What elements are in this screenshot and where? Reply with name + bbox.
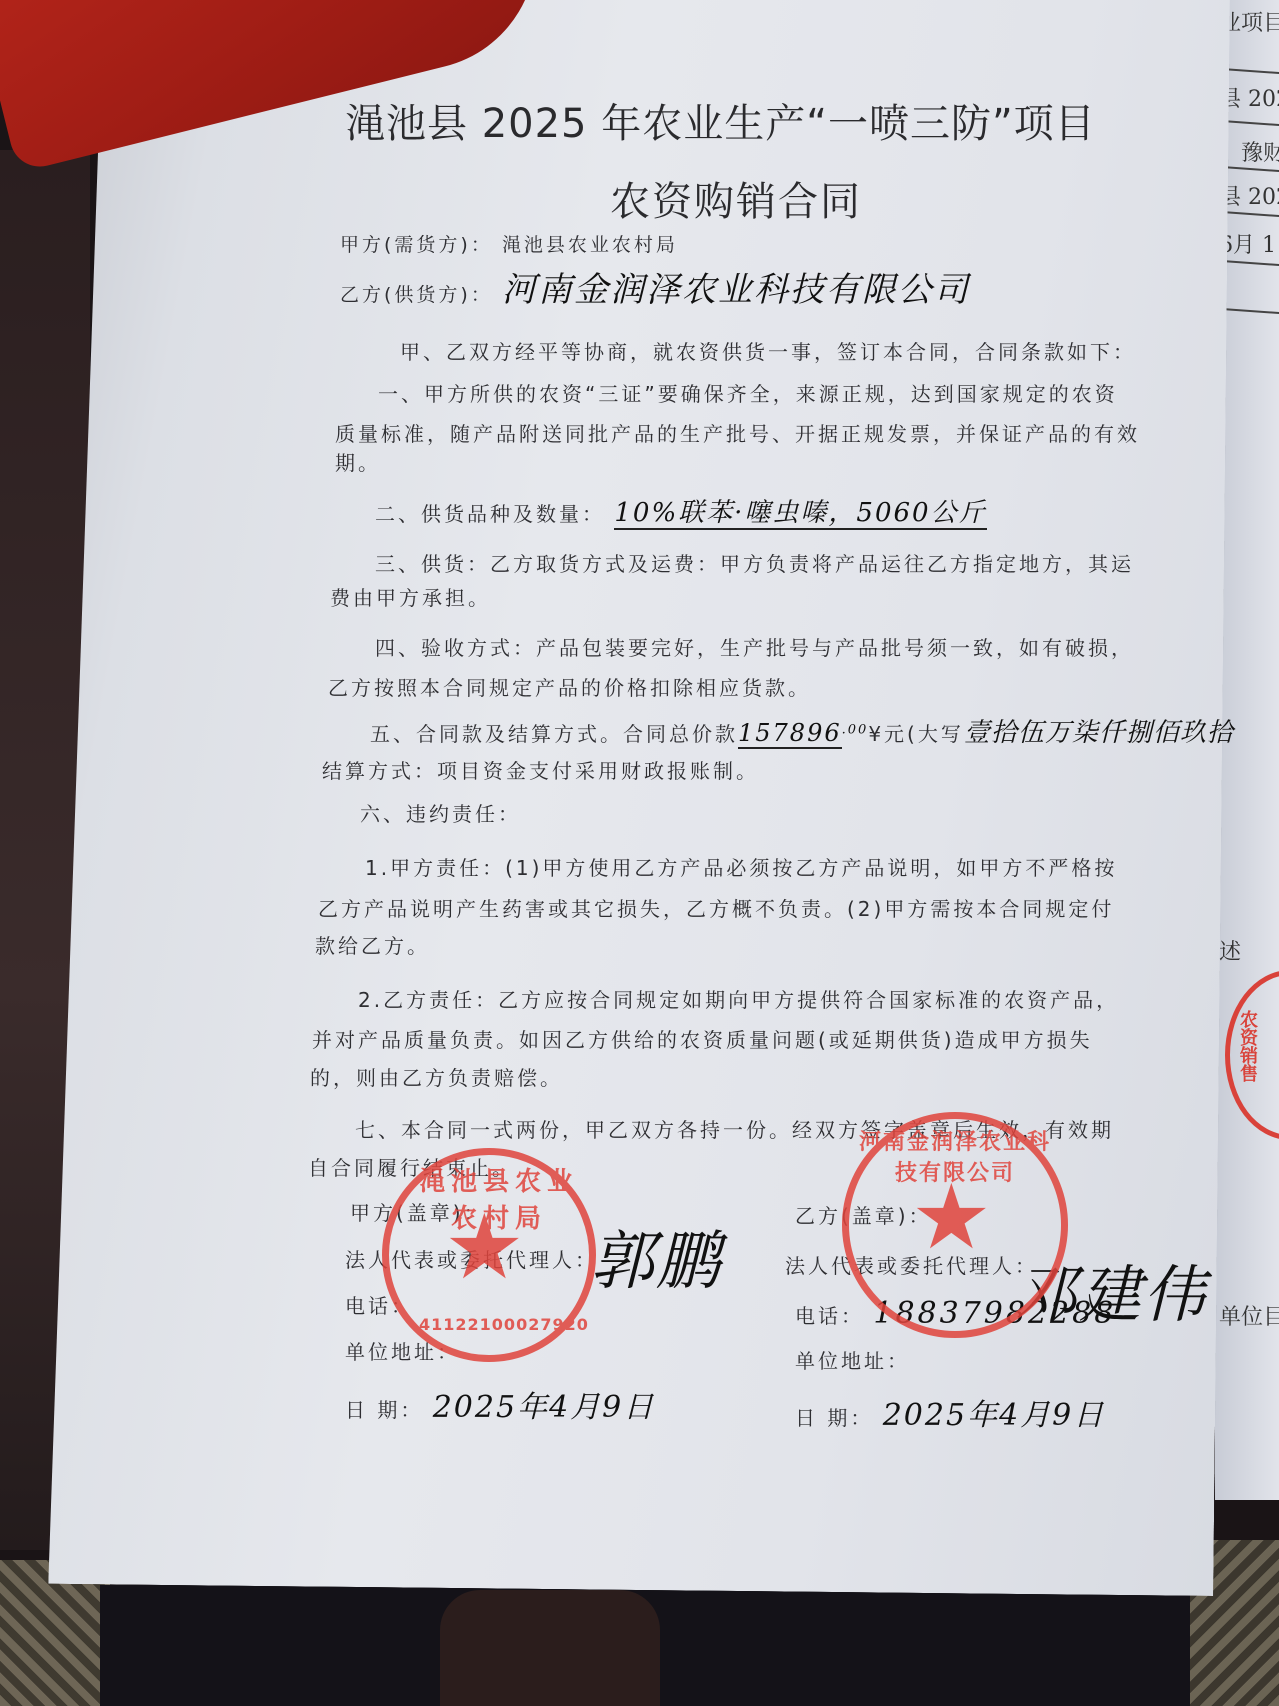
clause-4-line-2: 乙方按照本合同规定产品的价格扣除相应货款。 — [328, 672, 811, 701]
background-stamp-text: 农资销售 — [1234, 1010, 1260, 1082]
party-b-address-label: 单位地址： — [795, 1345, 910, 1374]
clause-2-handwritten: 10%联苯·噻虫嗪，5060公斤 — [614, 498, 986, 530]
clause-6-2-line-3: 的，则由乙方负责赔偿。 — [310, 1062, 563, 1091]
background-paper-text: 6月 1 — [1219, 228, 1276, 259]
clause-4-line-1: 四、验收方式：产品包装要完好，生产批号与产品批号须一致，如有破损， — [375, 632, 1134, 661]
clause-6-1-line-2: 乙方产品说明产生药害或其它损失，乙方概不负责。(2)甲方需按本合同规定付 — [318, 893, 1114, 922]
party-a-signature: 郭鹏 — [590, 1210, 722, 1302]
party-b-date-label: 日 期： — [795, 1406, 873, 1430]
party-a-name: 渑池县农业农村局 — [502, 234, 678, 256]
contract-amount: 157896 — [738, 719, 842, 749]
clause-1-line-2: 质量标准，随产品附送同批产品的生产批号、开据正规发票，并保证产品的有效 — [335, 418, 1140, 447]
contract-amount-cents: .00 — [842, 722, 869, 737]
party-b-stamp-text: 河南金润泽农业科技有限公司 — [857, 1125, 1053, 1187]
contract-subtitle: 农资购销合同 — [610, 170, 862, 227]
party-b-phone-label: 电话： — [795, 1304, 864, 1328]
party-b-name-handwritten: 河南金润泽农业科技有限公司 — [502, 270, 970, 310]
party-b-date: 2025年4月9日 — [883, 1398, 1106, 1433]
clause-1-line-1: 一、甲方所供的农资“三证”要确保齐全，来源正规，达到国家规定的农资 — [378, 378, 1118, 407]
clause-6-1-line-1: 1.甲方责任：(1)甲方使用乙方产品必须按乙方产品说明，如甲方不严格按 — [365, 852, 1117, 881]
background-paper-text: 县 202 — [1219, 180, 1279, 211]
background-paper-text: 豫财 — [1241, 136, 1279, 167]
party-a-date-label: 日 期： — [345, 1398, 423, 1422]
party-a-stamp: ★ 渑池县农业农村局 41122100027920 — [382, 1148, 596, 1362]
party-a-stamp-text: 渑池县农业农村局 — [414, 1161, 584, 1235]
clause-3-line-2: 费由甲方承担。 — [330, 582, 491, 611]
party-b-label: 乙方(供货方)： — [340, 284, 493, 306]
background-paper-text: 单位目 — [1219, 1300, 1279, 1331]
clause-5-label: 五、合同款及结算方式。合同总价款 — [370, 722, 738, 746]
party-a-label: 甲方(需货方)： — [340, 234, 493, 256]
clause-6-2-line-1: 2.乙方责任：乙方应按合同规定如期向甲方提供符合国家标准的农资产品， — [358, 984, 1119, 1013]
clause-3-line-1: 三、供货：乙方取货方式及运费：甲方负责将产品运往乙方指定地方，其运 — [375, 548, 1134, 577]
clause-2-label: 二、供货品种及数量： — [375, 502, 605, 526]
contract-title: 渑池县 2025 年农业生产“一喷三防”项目 — [345, 92, 1096, 149]
clause-6-1-line-3: 款给乙方。 — [315, 930, 430, 959]
party-a-stamp-code: 41122100027920 — [419, 1315, 589, 1334]
clause-1-line-3: 期。 — [335, 447, 381, 476]
settlement-method: 结算方式：项目资金支付采用财政报账制。 — [322, 755, 759, 784]
intro-text: 甲、乙双方经平等协商，就农资供货一事，签订本合同，合同条款如下： — [400, 336, 1136, 365]
contract-amount-words: 壹拾伍万柒仟捌佰玖拾 — [964, 718, 1234, 748]
currency-label: ¥元(大写 — [868, 722, 964, 746]
party-a-date: 2025年4月9日 — [433, 1390, 656, 1425]
clause-6-title: 六、违约责任： — [360, 798, 521, 827]
clause-6-2-line-2: 并对产品质量负责。如因乙方供给的农资质量问题(或延期供货)造成甲方损失 — [312, 1024, 1093, 1053]
background-paper-text: 述 — [1219, 935, 1241, 966]
party-b-stamp: ★ 河南金润泽农业科技有限公司 — [842, 1112, 1068, 1338]
background-object — [440, 1590, 660, 1706]
